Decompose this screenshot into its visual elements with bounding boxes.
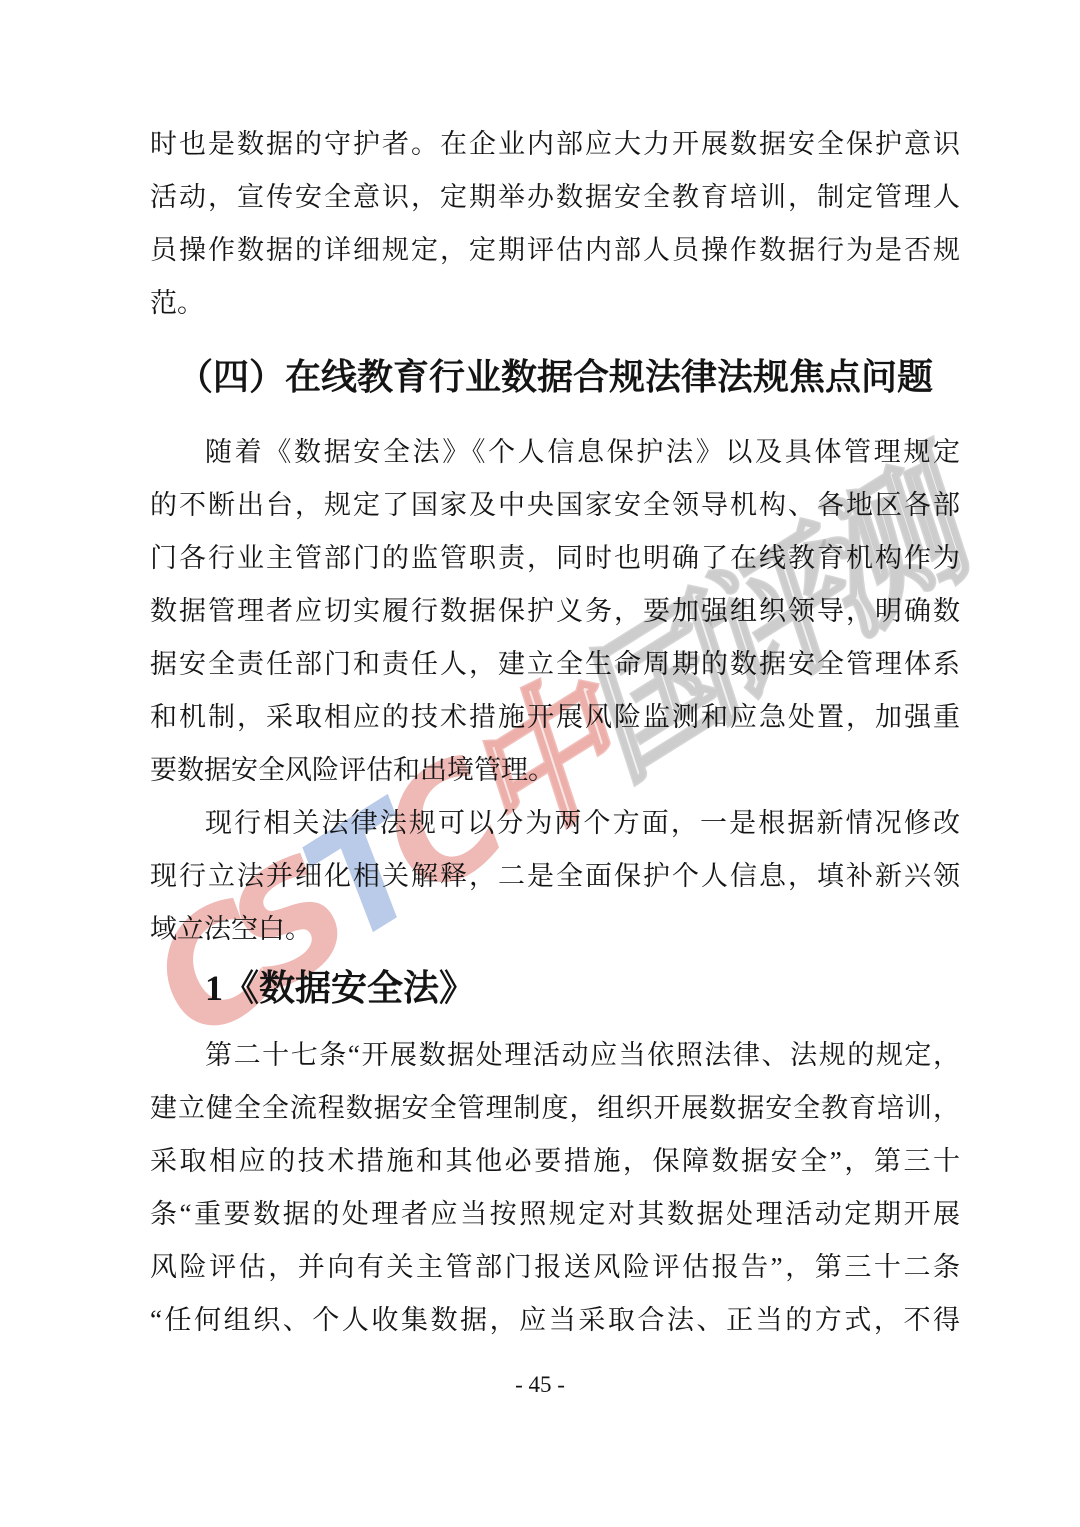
text-line: 条“重要数据的处理者应当按照规定对其数据处理活动定期开展 bbox=[150, 1188, 960, 1241]
text-line: “任何组织、个人收集数据，应当采取合法、正当的方式，不得 bbox=[150, 1294, 960, 1347]
text-line: 员操作数据的详细规定，定期评估内部人员操作数据行为是否规 bbox=[150, 224, 960, 277]
text-line: 随着《数据安全法》《个人信息保护法》以及具体管理规定 bbox=[150, 426, 960, 479]
paragraph-two-aspects: 现行相关法律法规可以分为两个方面，一是根据新情况修改现行立法并细化相关解释，二是… bbox=[150, 797, 960, 956]
text-line: 现行立法并细化相关解释，二是全面保护个人信息，填补新兴领 bbox=[150, 850, 960, 903]
text-line: 域立法空白。 bbox=[150, 903, 960, 956]
text-line: 的不断出台，规定了国家及中央国家安全领导机构、各地区各部 bbox=[150, 479, 960, 532]
text-line: 和机制，采取相应的技术措施开展风险监测和应急处置，加强重 bbox=[150, 691, 960, 744]
text-line: 范。 bbox=[150, 277, 960, 330]
text-line: 现行相关法律法规可以分为两个方面，一是根据新情况修改 bbox=[150, 797, 960, 850]
document-page: CSTC中国评测 时也是数据的守护者。在企业内部应大力开展数据安全保护意识活动，… bbox=[0, 0, 1080, 1527]
text-line: 据安全责任部门和责任人，建立全生命周期的数据安全管理体系 bbox=[150, 638, 960, 691]
paragraph-regulations-overview: 随着《数据安全法》《个人信息保护法》以及具体管理规定的不断出台，规定了国家及中央… bbox=[150, 426, 960, 797]
paragraph-data-security-law: 第二十七条“开展数据处理活动应当依照法律、法规的规定，建立健全全流程数据安全管理… bbox=[150, 1029, 960, 1347]
text-line: 风险评估，并向有关主管部门报送风险评估报告”，第三十二条 bbox=[150, 1241, 960, 1294]
text-line: 第二十七条“开展数据处理活动应当依照法律、法规的规定， bbox=[150, 1029, 960, 1082]
text-line: 数据管理者应切实履行数据保护义务，要加强组织领导，明确数 bbox=[150, 585, 960, 638]
subsection-heading: 1《数据安全法》 bbox=[205, 962, 960, 1015]
text-line: 门各行业主管部门的监管职责，同时也明确了在线教育机构作为 bbox=[150, 532, 960, 585]
paragraph-continuation: 时也是数据的守护者。在企业内部应大力开展数据安全保护意识活动，宣传安全意识，定期… bbox=[150, 118, 960, 330]
text-line: 建立健全全流程数据安全管理制度，组织开展数据安全教育培训， bbox=[150, 1082, 960, 1135]
text-line: 要数据安全风险评估和出境管理。 bbox=[150, 744, 960, 797]
text-line: 活动，宣传安全意识，定期举办数据安全教育培训，制定管理人 bbox=[150, 171, 960, 224]
text-line: 采取相应的技术措施和其他必要措施，保障数据安全”，第三十 bbox=[150, 1135, 960, 1188]
page-number: - 45 - bbox=[515, 1372, 565, 1397]
page-body: 时也是数据的守护者。在企业内部应大力开展数据安全保护意识活动，宣传安全意识，定期… bbox=[150, 118, 960, 1347]
section-heading: （四）在线教育行业数据合规法律法规焦点问题 bbox=[150, 351, 960, 404]
text-line: 时也是数据的守护者。在企业内部应大力开展数据安全保护意识 bbox=[150, 118, 960, 171]
page-footer: - 45 - bbox=[0, 1372, 1080, 1398]
